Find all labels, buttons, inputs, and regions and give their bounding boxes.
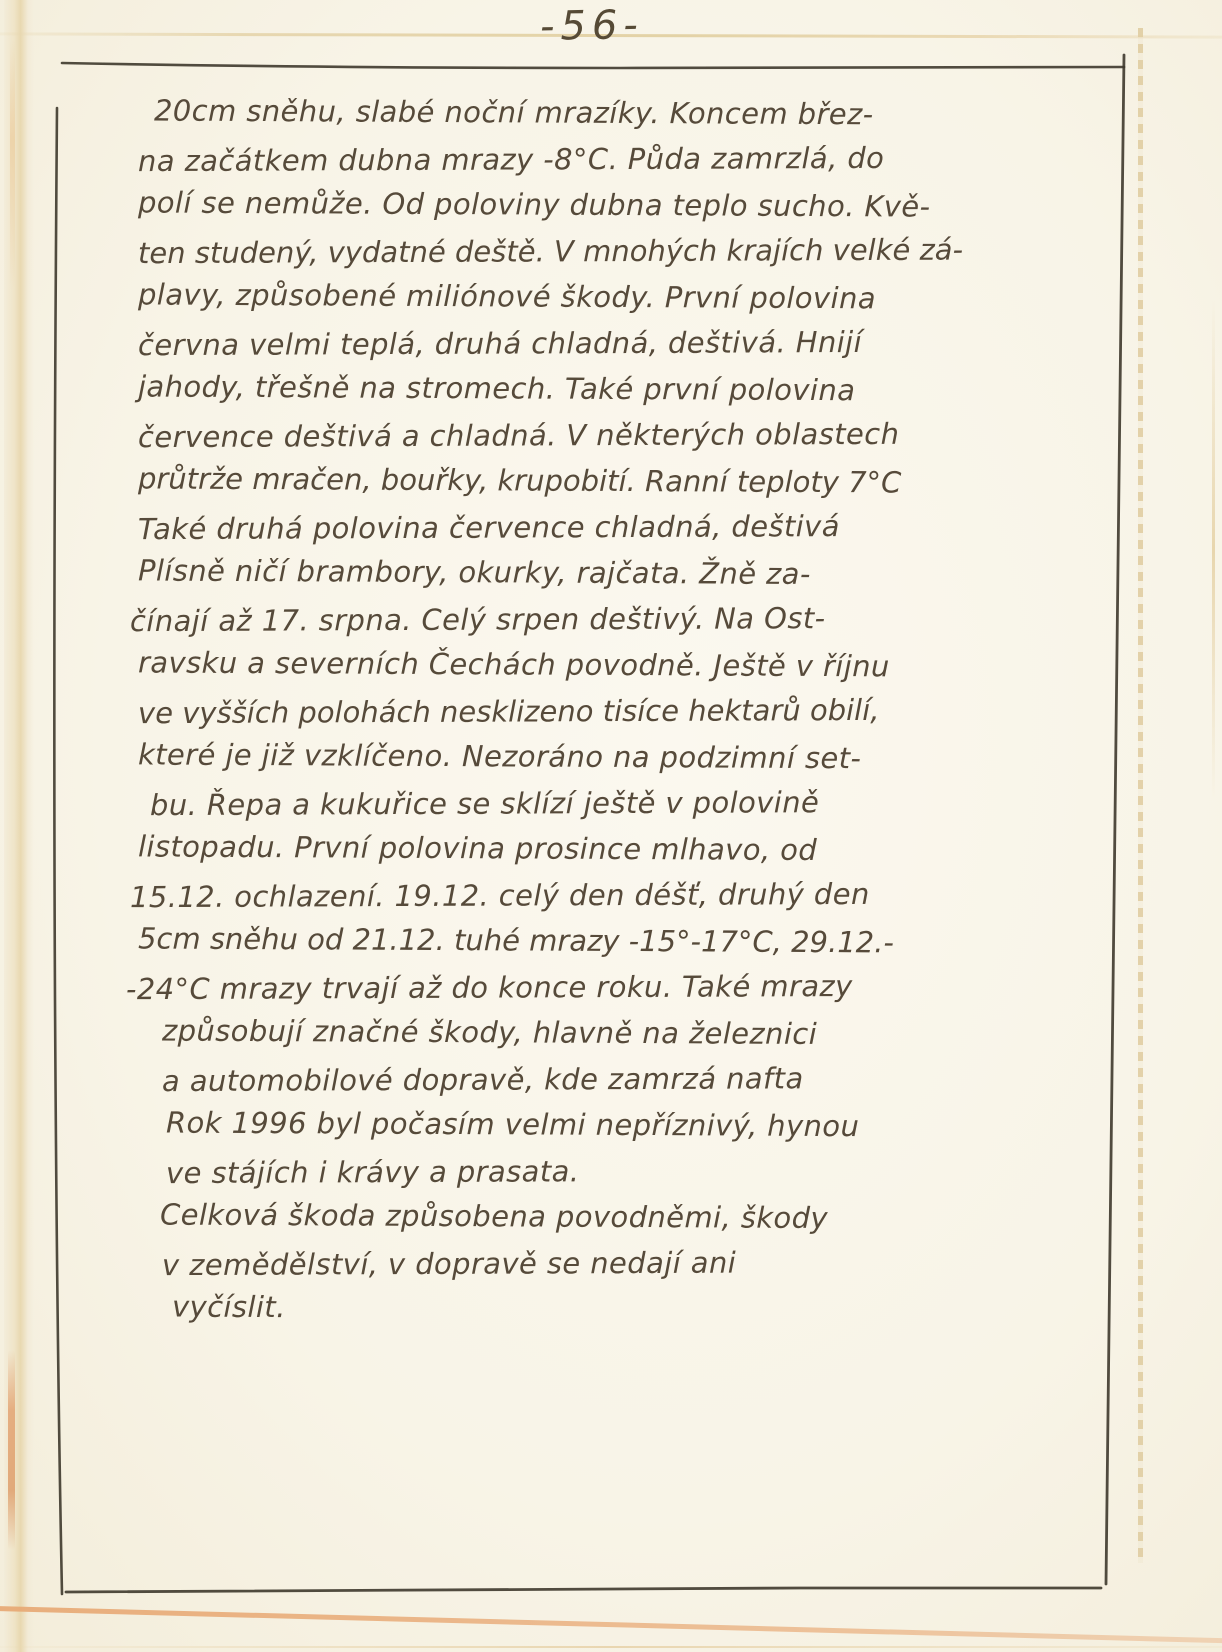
handwritten-line: a automobilové dopravě, kde zamrzá nafta <box>162 1054 1118 1104</box>
page-number: -56- <box>540 1 645 51</box>
handwritten-line: listopadu. První polovina prosince mlhav… <box>138 823 1118 874</box>
handwritten-line: -24°C mrazy trvají až do konce roku. Tak… <box>126 962 1118 1012</box>
handwritten-line: ten studený, vydatné deště. V mnohých kr… <box>138 226 1118 276</box>
handwritten-line: způsobují značné škody, hlavně na železn… <box>162 1007 1118 1058</box>
handwritten-line: Také druhá polovina července chladná, de… <box>138 502 1118 552</box>
handwritten-text-block: 20cm sněhu, slabé noční mrazíky. Koncem … <box>138 90 1118 1332</box>
handwritten-line: které je již vzklíčeno. Nezoráno na podz… <box>138 731 1118 782</box>
handwritten-line: ravsku a severních Čechách povodně. Ješt… <box>138 639 1118 690</box>
handwritten-line: 15.12. ochlazení. 19.12. celý den déšť, … <box>130 870 1118 920</box>
handwritten-line: ve stájích i krávy a prasata. <box>166 1146 1118 1196</box>
handwritten-line: bu. Řepa a kukuřice se sklízí ještě v po… <box>150 778 1118 828</box>
handwritten-line: v zemědělství, v dopravě se nedají ani <box>162 1238 1118 1288</box>
handwritten-line: polí se nemůže. Od poloviny dubna teplo … <box>138 179 1118 230</box>
handwritten-line: 20cm sněhu, slabé noční mrazíky. Koncem … <box>154 87 1118 138</box>
handwritten-line: července deštivá a chladná. V některých … <box>138 410 1118 460</box>
handwritten-line: Rok 1996 byl počasím velmi nepříznivý, h… <box>166 1100 1118 1151</box>
handwritten-line: na začátkem dubna mrazy -8°C. Půda zamrz… <box>138 134 1118 184</box>
scanned-chronicle-page: -56- 20cm sněhu, slabé noční mrazíky. Ko… <box>0 0 1222 1652</box>
handwritten-line: ve vyšších polohách nesklizeno tisíce he… <box>138 686 1118 736</box>
handwritten-line: Plísně ničí brambory, okurky, rajčata. Ž… <box>138 547 1118 598</box>
handwritten-line: jahody, třešně na stromech. Také první p… <box>138 363 1118 414</box>
handwritten-line: vyčíslit. <box>172 1284 1118 1335</box>
handwritten-line: plavy, způsobené miliónové škody. První … <box>138 271 1118 322</box>
handwritten-line: 5cm sněhu od 21.12. tuhé mrazy -15°-17°C… <box>138 915 1118 966</box>
handwritten-line: čínají až 17. srpna. Celý srpen deštivý.… <box>130 594 1118 644</box>
handwritten-line: Celková škoda způsobena povodněmi, škody <box>160 1191 1118 1242</box>
handwritten-line: průtrže mračen, bouřky, krupobití. Ranní… <box>138 455 1118 506</box>
handwritten-line: června velmi teplá, druhá chladná, dešti… <box>138 318 1118 368</box>
